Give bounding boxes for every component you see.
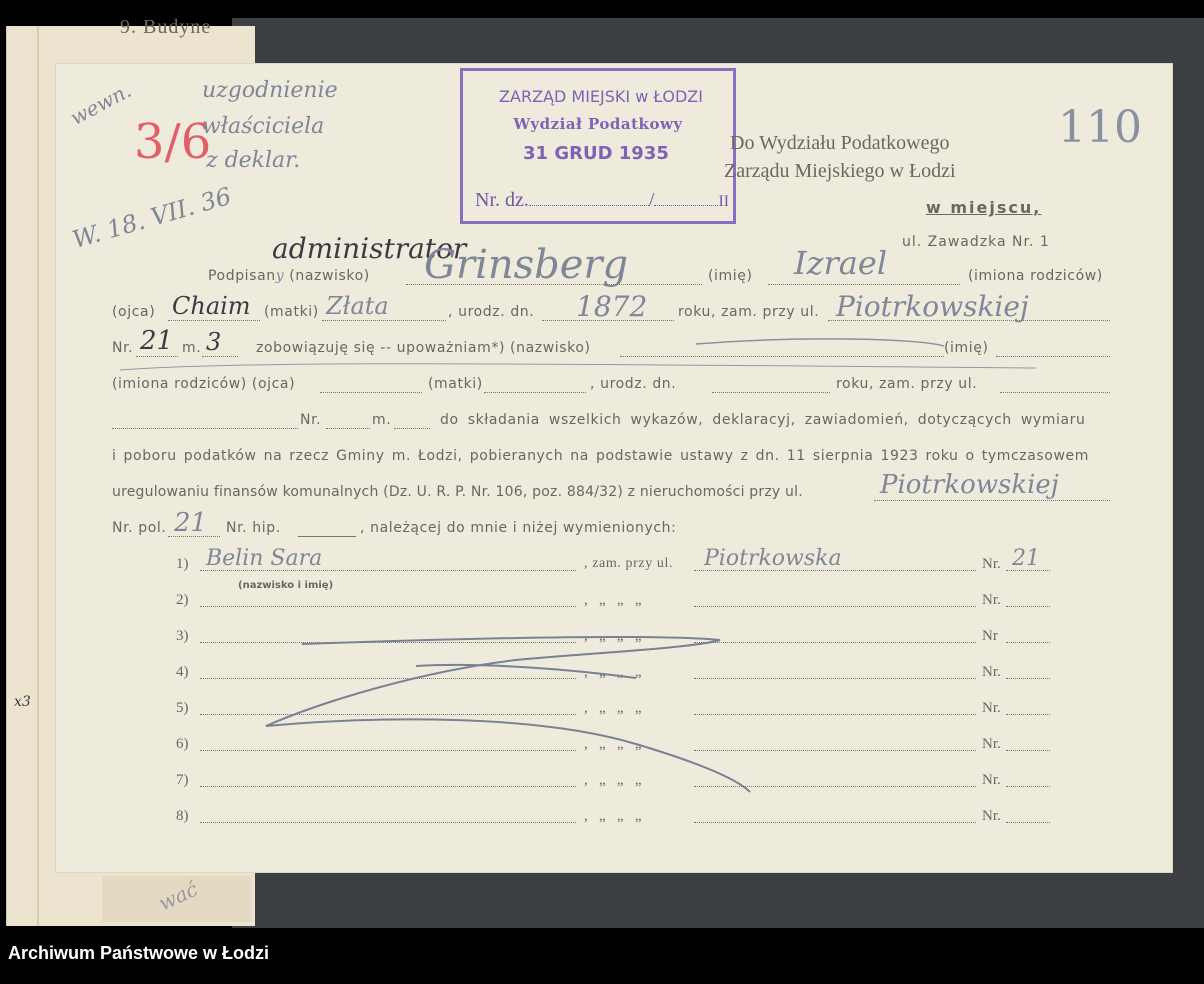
archive-caption: Archiwum Państwowe w Łodzi <box>8 943 269 964</box>
underlying-tab: wać <box>102 876 252 922</box>
underlying-tab-note: wać <box>155 877 202 916</box>
pencil-strikethrough-scribble <box>56 64 1172 872</box>
underlying-side-note: x3 <box>14 694 31 710</box>
underlying-sheet-text: 9. Budyne <box>120 16 211 39</box>
sheet-fold-line <box>37 26 39 926</box>
declaration-form-card: wewn. 3/6 uzgodnienie właściciela z dekl… <box>56 64 1172 872</box>
